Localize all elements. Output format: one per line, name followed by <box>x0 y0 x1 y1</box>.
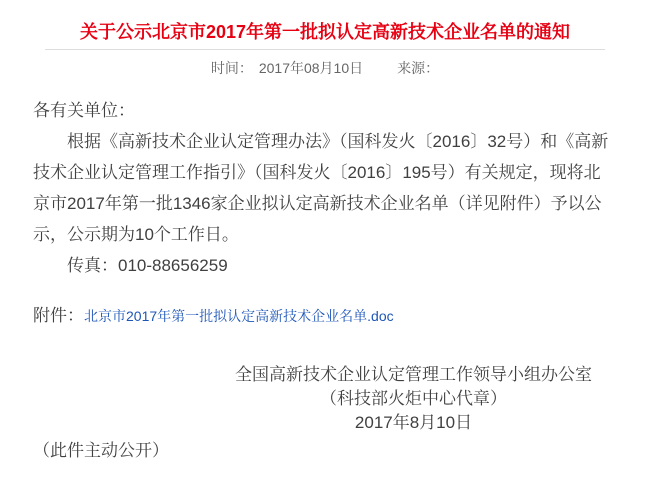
time-label: 时间： <box>211 60 253 76</box>
meta-row: 时间：2017年08月10日来源： <box>0 59 650 77</box>
disclosure-note: （此件主动公开） <box>33 439 617 463</box>
signature-seal-note: （科技部火炬中心代章） <box>235 387 592 411</box>
main-paragraph: 根据《高新技术企业认定管理办法》（国科发火〔2016〕32号）和《高新技术企业认… <box>33 126 617 250</box>
signature-block: 全国高新技术企业认定管理工作领导小组办公室 （科技部火炬中心代章） 2017年8… <box>235 363 592 435</box>
attachment-row: 附件：北京市2017年第一批拟认定高新技术企业名单.doc <box>33 305 617 327</box>
attachment-link[interactable]: 北京市2017年第一批拟认定高新技术企业名单.doc <box>84 308 394 324</box>
attachment-label: 附件： <box>33 306 84 325</box>
signature-date: 2017年8月10日 <box>235 411 592 435</box>
notice-body: 各有关单位： 根据《高新技术企业认定管理办法》（国科发火〔2016〕32号）和《… <box>33 95 617 281</box>
salutation: 各有关单位： <box>33 95 617 126</box>
page-title: 关于公示北京市2017年第一批拟认定高新技术企业名单的通知 <box>30 20 620 44</box>
fax-line: 传真：010-88656259 <box>33 250 617 281</box>
signature-org: 全国高新技术企业认定管理工作领导小组办公室 <box>235 363 592 387</box>
time-value: 2017年08月10日 <box>259 60 363 76</box>
notice-document: 关于公示北京市2017年第一批拟认定高新技术企业名单的通知 时间：2017年08… <box>0 0 650 478</box>
divider <box>45 49 605 50</box>
source-label: 来源： <box>397 60 439 76</box>
